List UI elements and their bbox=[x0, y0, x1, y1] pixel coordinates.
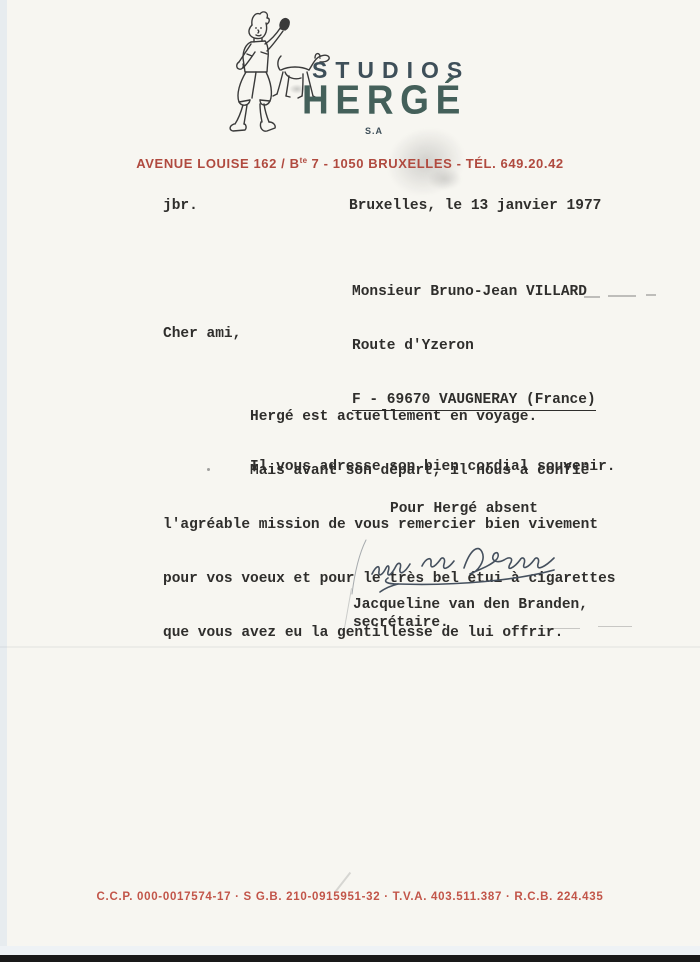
signer-name: Jacqueline van den Branden, bbox=[353, 596, 588, 614]
scanned-letter-page: STUDIOS HERGÉ S.A AVENUE LOUISE 162 / Bt… bbox=[0, 0, 700, 962]
scan-dash-artifact bbox=[608, 295, 636, 297]
signer-title: secrétaire. bbox=[353, 614, 449, 632]
closing-line: Pour Hergé absent bbox=[390, 500, 538, 518]
address-pre: AVENUE LOUISE 162 / B bbox=[136, 156, 299, 171]
handwritten-signature bbox=[342, 536, 577, 603]
signature-ink-icon bbox=[342, 536, 577, 598]
dateline: Bruxelles, le 13 janvier 1977 bbox=[349, 197, 601, 215]
letterhead-address-line: AVENUE LOUISE 162 / Bte 7 - 1050 BRUXELL… bbox=[0, 156, 700, 171]
salutation: Cher ami, bbox=[163, 325, 241, 343]
paper-crease bbox=[335, 872, 351, 892]
body-line: Hergé est actuellement en voyage. bbox=[163, 408, 615, 426]
body-paragraph-1: Hergé est actuellement en voyage. Mais a… bbox=[163, 372, 615, 678]
logo-herge-text: HERGÉ bbox=[302, 78, 467, 124]
scan-edge-bottom-light bbox=[0, 946, 700, 955]
reference-initials: jbr. bbox=[163, 197, 198, 215]
pencil-smudge-small bbox=[428, 168, 462, 190]
recipient-street: Route d'Yzeron bbox=[352, 337, 596, 355]
scan-edge-left bbox=[0, 0, 7, 962]
body-line: l'agréable mission de vous remercier bie… bbox=[163, 516, 615, 534]
scan-edge-bottom-dark bbox=[0, 955, 700, 962]
body-paragraph-2: Il vous adresse son bien cordial souveni… bbox=[163, 458, 615, 476]
recipient-name: Monsieur Bruno-Jean VILLARD bbox=[352, 283, 596, 301]
logo-sa-text: S.A bbox=[284, 126, 464, 136]
scan-dash-artifact bbox=[646, 294, 656, 296]
footer-registration-line: C.C.P. 000-0017574-17 · S G.B. 210-09159… bbox=[0, 891, 700, 903]
address-post: 7 - 1050 BRUXELLES - TÉL. 649.20.42 bbox=[307, 156, 563, 171]
